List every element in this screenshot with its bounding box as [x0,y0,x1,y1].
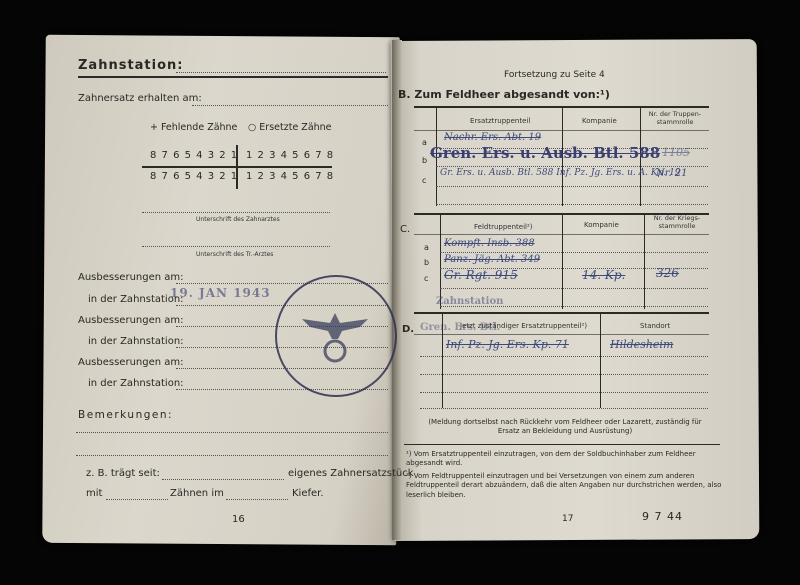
section-b-row-a-unit: Nachr. Ers. Abt. 19 [444,132,541,143]
prosthesis-received-field [192,105,388,106]
repair-1-label: Ausbesserungen am: [78,272,184,283]
section-d-row-line-3 [420,392,708,393]
footnote-2: ²) Vom Feldtruppenteil einzutragen und b… [406,472,726,500]
section-d-row-line-2 [420,374,708,375]
section-d-col-divider-2 [600,312,601,408]
section-c-row-b-letter: b [424,258,429,267]
section-b-row-b-line [436,166,708,167]
equipment-notice: (Meldung dortselbst nach Rückkehr vom Fe… [420,418,710,437]
section-d-row-location: Hildesheim [610,338,673,351]
title-underline [78,76,388,78]
section-b-row-b-number: 1105 [662,146,690,159]
book-gutter [392,40,402,540]
with-label: mit [86,488,102,499]
prosthesis-received-label: Zahnersatz erhalten am: [78,93,202,104]
footnote-1: ¹) Vom Ersatztruppenteil einzutragen, vo… [406,450,726,469]
section-d-header-rule [414,334,709,335]
jaw-field [226,499,288,500]
section-b-row-c-letter: c [422,176,426,185]
teeth-in-label: Zähnen im [170,488,224,499]
wears-since-label: z. B. trägt seit: [86,468,160,479]
section-c-row-c-unit: Gr. Rgt. 915 [444,268,518,282]
section-b-header-number: Nr. der Truppen-stammrolle [643,110,707,126]
remarks-label: Bemerkungen: [78,409,173,421]
dental-station-field [176,72,386,73]
section-b-row-c-line [436,186,708,187]
repair-2-station-label: in der Zahnstation: [88,336,184,347]
legend-replaced-teeth: ○ Ersetzte Zähne [248,122,332,133]
teeth-chart-upper-right: 1 2 3 4 5 6 7 8 [246,150,334,161]
dentist-signature-field [142,212,330,213]
section-b-row-c-unit: Gr. Ers. u. Ausb. Btl. 588 Inf. Pz. Jg. … [440,168,681,178]
section-c-col-divider-2 [562,213,563,309]
dentist-signature-label: Unterschrift des Zahnarztes [196,216,280,223]
section-c-row-c-line [440,288,708,289]
number-of-teeth-field [106,499,168,500]
section-c-row-c-letter: c [424,274,428,283]
right-page-number: 17 [562,514,573,524]
continuation-heading: Fortsetzung zu Seite 4 [504,70,605,80]
section-d-header-location: Standort [640,322,670,330]
section-c-row-c-number: 326 [656,266,679,280]
section-c-header-unit: Feldtruppenteil²) [474,223,533,231]
jaw-label: Kiefer. [292,488,324,499]
section-d-col-divider-1 [442,312,443,408]
section-d-header-unit: Jetzt zuständiger Ersatztruppenteil²) [460,322,587,330]
section-c-row-b-unit: Panz. Jäg. Abt. 349 [444,254,540,265]
section-d-top-rule [414,312,709,314]
section-c-header-company: Kompanie [584,221,619,229]
section-c-row-a-line [440,252,708,253]
section-b-row-b-letter: b [422,156,427,165]
legend-missing-teeth: + Fehlende Zähne [150,122,237,133]
section-d-letter: D. [402,324,414,335]
repair-3-station-label: in der Zahnstation: [88,378,184,389]
section-b-row-b-unit-stamp: Gren. Ers. u. Ausb. Btl. 588 [430,144,660,162]
section-b-header-company: Kompanie [582,117,617,125]
section-b-row-d-line [436,204,708,205]
section-b-row-a-letter: a [422,138,427,147]
wears-since-field [162,479,284,480]
section-c-row-c-company: 14. Kp. [582,268,625,282]
dental-station-title: Zahnstation: [78,58,184,73]
repair-2-label: Ausbesserungen am: [78,315,184,326]
remarks-field-2 [76,455,388,456]
footnote-rule [404,444,720,445]
section-c-col-divider-1 [440,213,441,309]
section-d-row-unit: Inf. Pz. Jg. Ers. Kp. 71 [446,338,569,351]
repair-3-label: Ausbesserungen am: [78,357,184,368]
section-d-row-line-4 [420,408,708,409]
section-b-title: B. Zum Feldheer abgesandt von:¹) [398,88,610,101]
eagle-emblem-icon [300,305,370,365]
section-b-row-c-number: Nr. 21 [656,168,688,179]
section-c-row-a-unit: Kompft. Insb. 388 [444,238,535,249]
section-b-header-unit: Ersatztruppenteil [470,117,530,125]
doctor-signature-field [142,246,330,247]
section-c-col-divider-3 [644,213,645,309]
left-page-number: 16 [232,514,245,525]
remarks-field-1 [76,432,388,433]
section-c-header-rule [414,234,709,235]
section-c-header-number: Nr. der Kriegs-stammrolle [646,214,708,230]
own-prosthesis-label: eigenes Zahnersatzstück [288,468,414,479]
section-d-row-line-1 [420,356,708,357]
teeth-chart-lower-right: 1 2 3 4 5 6 7 8 [246,171,334,182]
teeth-chart-lower-left: 8 7 6 5 4 3 2 1 [150,171,238,182]
print-code: 9 7 44 [642,510,683,523]
date-stamp: 19. JAN 1943 [170,286,271,300]
section-b-header-rule [414,130,709,131]
section-c-letter: C. [400,224,410,235]
section-c-row-a-letter: a [424,243,429,252]
teeth-chart-vertical-divider [236,145,238,189]
teeth-chart-upper-left: 8 7 6 5 4 3 2 1 [150,150,238,161]
doctor-signature-label: Unterschrift des Tr.-Arztes [196,251,273,258]
section-c-row-d-line [440,306,708,307]
